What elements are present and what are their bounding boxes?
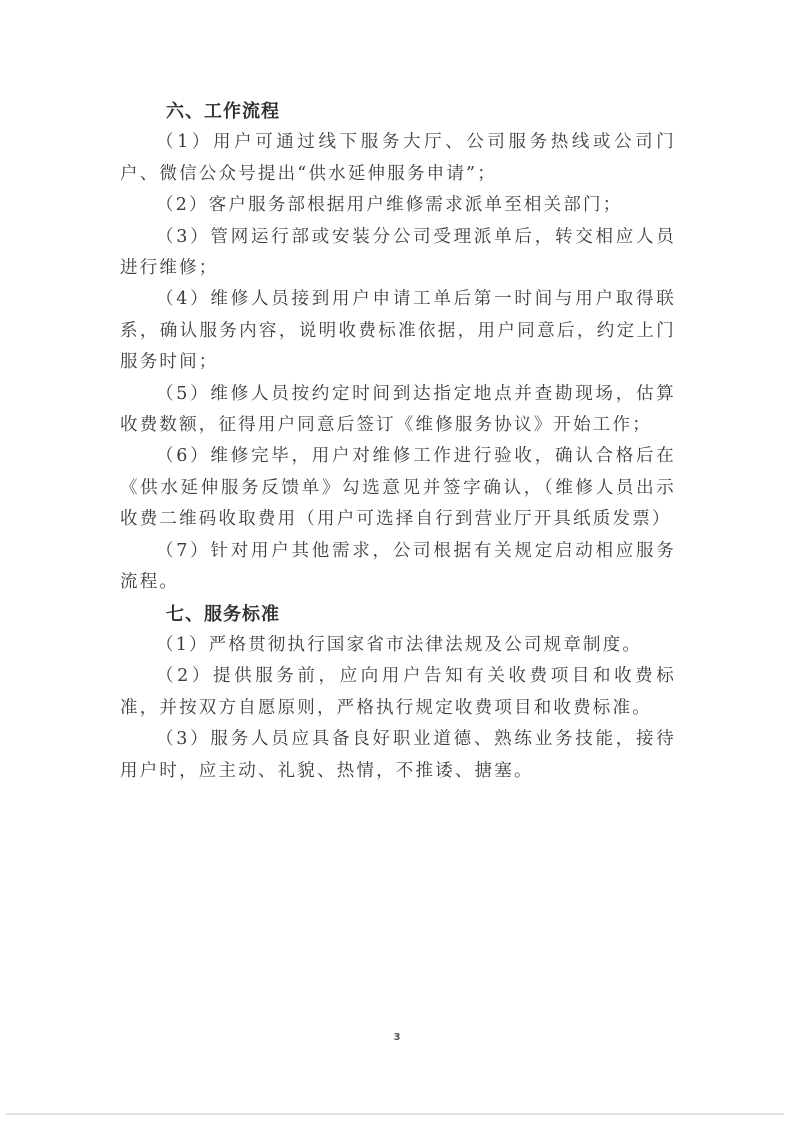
standard-item-2: （2）提供服务前，应向用户告知有关收费项目和收费标准，并按双方自愿原则，严格执行… xyxy=(120,661,676,724)
section-heading-workflow: 六、工作流程 xyxy=(120,96,676,127)
standard-item-1: （1）严格贯彻执行国家省市法律法规及公司规章制度。 xyxy=(120,630,676,661)
page-number: 3 xyxy=(0,1032,794,1043)
workflow-step-4: （4）维修人员接到用户申请工单后第一时间与用户取得联系，确认服务内容，说明收费标… xyxy=(120,284,676,378)
document-page: 六、工作流程 （1）用户可通过线下服务大厅、公司服务热线或公司门户、微信公众号提… xyxy=(0,0,794,1124)
document-body: 六、工作流程 （1）用户可通过线下服务大厅、公司服务热线或公司门户、微信公众号提… xyxy=(120,96,676,787)
workflow-step-1: （1）用户可通过线下服务大厅、公司服务热线或公司门户、微信公众号提出“供水延伸服… xyxy=(120,127,676,190)
workflow-step-5: （5）维修人员按约定时间到达指定地点并查勘现场，估算收费数额，征得用户同意后签订… xyxy=(120,379,676,442)
workflow-step-2: （2）客户服务部根据用户维修需求派单至相关部门； xyxy=(120,190,676,221)
workflow-step-3: （3）管网运行部或安装分公司受理派单后，转交相应人员进行维修； xyxy=(120,222,676,285)
workflow-step-7: （7）针对用户其他需求，公司根据有关规定启动相应服务流程。 xyxy=(120,536,676,599)
page-bottom-divider xyxy=(6,1113,784,1115)
workflow-step-6: （6）维修完毕，用户对维修工作进行验收，确认合格后在《供水延伸服务反馈单》勾选意… xyxy=(120,441,676,535)
section-heading-service-standards: 七、服务标准 xyxy=(120,599,676,630)
standard-item-3: （3）服务人员应具备良好职业道德、熟练业务技能，接待用户时，应主动、礼貌、热情，… xyxy=(120,724,676,787)
